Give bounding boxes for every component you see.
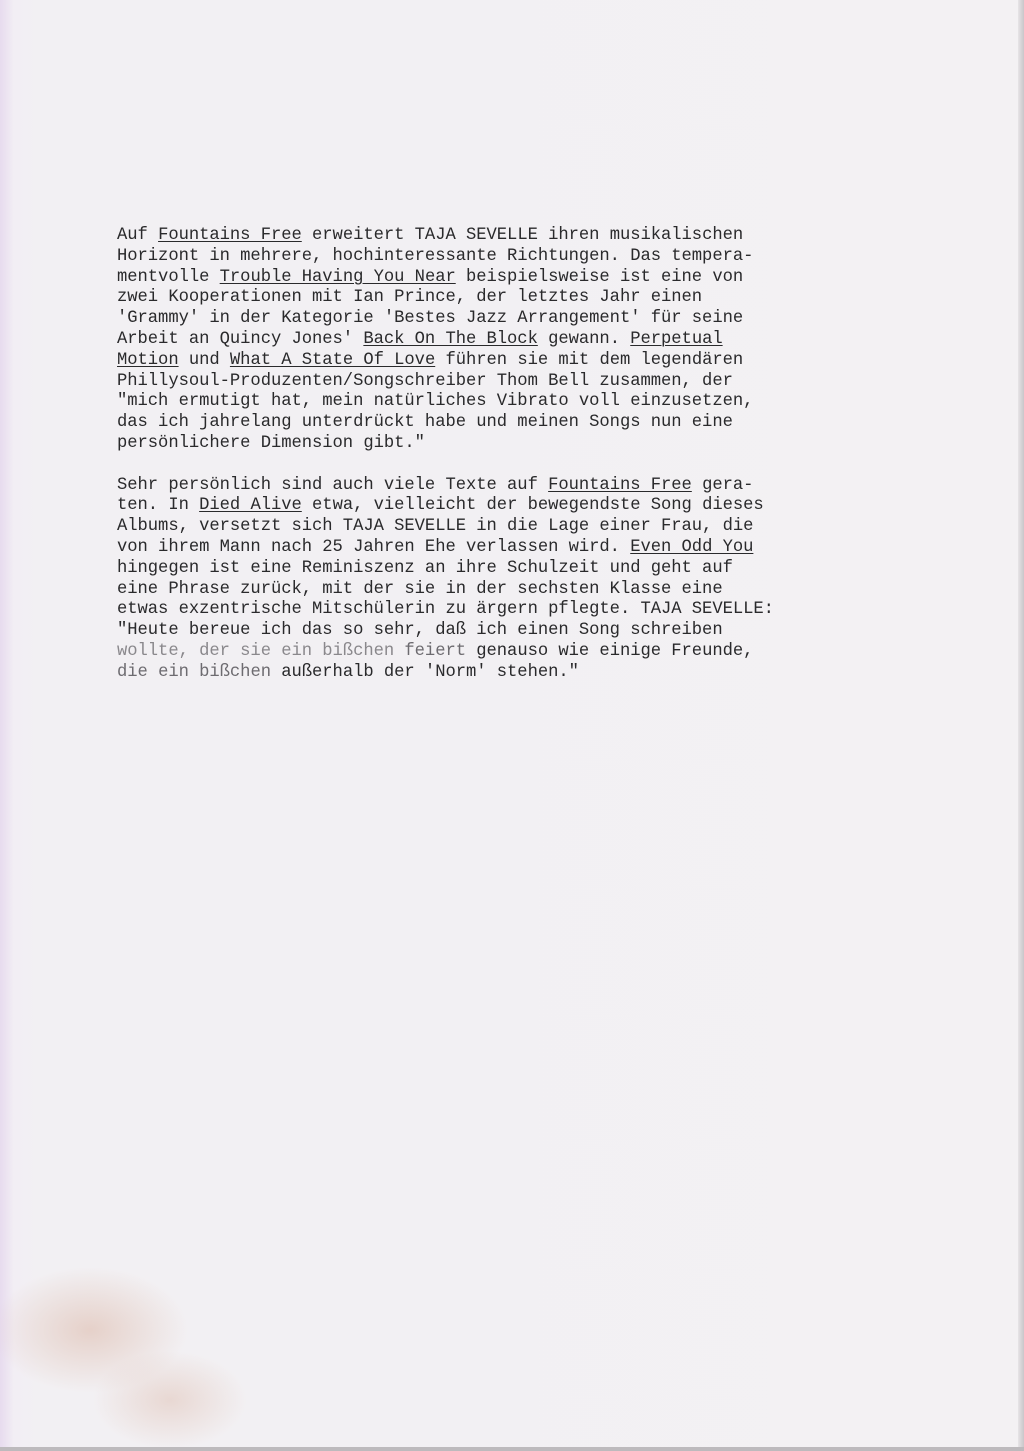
text-run: etwa, vielleicht der bewegendste Song di… (302, 496, 764, 515)
song-title: Trouble Having You Near (220, 268, 456, 287)
scanned-page: Auf Fountains Free erweitert TAJA SEVELL… (0, 0, 1024, 1451)
text-run: 'Grammy' in der Kategorie 'Bestes Jazz A… (117, 309, 743, 328)
text-run: Horizont in mehrere, hochinteressante Ri… (117, 247, 753, 266)
paragraph: Sehr persönlich sind auch viele Texte au… (117, 476, 817, 684)
text-run: zwei Kooperationen mit Ian Prince, der l… (117, 288, 702, 307)
song-title: Fountains Free (158, 226, 302, 245)
text-run: ten. In (117, 496, 199, 515)
text-run: Albums, versetzt sich TAJA SEVELLE in di… (117, 517, 753, 536)
text-run: erweitert TAJA SEVELLE ihren musikalisch… (302, 226, 743, 245)
song-title: Back On The Block (363, 330, 538, 349)
text-line: Arbeit an Quincy Jones' Back On The Bloc… (117, 330, 817, 351)
text-run: führen sie mit dem legendären (435, 351, 743, 370)
text-run: Auf (117, 226, 158, 245)
text-run: etwas exzentrische Mitschülerin zu ärger… (117, 600, 774, 619)
paragraph: Auf Fountains Free erweitert TAJA SEVELL… (117, 226, 817, 455)
text-line: Auf Fountains Free erweitert TAJA SEVELL… (117, 226, 817, 247)
text-line: hingegen ist eine Reminiszenz an ihre Sc… (117, 559, 817, 580)
text-line: Albums, versetzt sich TAJA SEVELLE in di… (117, 517, 817, 538)
song-title: What A State Of Love (230, 351, 435, 370)
song-title: Fountains Free (548, 476, 692, 495)
text-run: von ihrem Mann nach 25 Jahren Ehe verlas… (117, 538, 630, 557)
text-line: etwas exzentrische Mitschülerin zu ärger… (117, 600, 817, 621)
text-run: das ich jahrelang unterdrückt habe und m… (117, 413, 733, 432)
text-run: wollte, der sie ein bißchen (117, 642, 394, 661)
text-run: Phillysoul-Produzenten/Songschreiber Tho… (117, 372, 733, 391)
text-line: Horizont in mehrere, hochinteressante Ri… (117, 247, 817, 268)
text-line: zwei Kooperationen mit Ian Prince, der l… (117, 288, 817, 309)
song-title: Motion (117, 351, 179, 370)
text-run: "mich ermutigt hat, mein natürliches Vib… (117, 392, 753, 411)
text-line: Sehr persönlich sind auch viele Texte au… (117, 476, 817, 497)
text-line: mentvolle Trouble Having You Near beispi… (117, 268, 817, 289)
song-title: Perpetual (630, 330, 722, 349)
text-line: die ein bißchen außerhalb der 'Norm' ste… (117, 663, 817, 684)
text-line: von ihrem Mann nach 25 Jahren Ehe verlas… (117, 538, 817, 559)
text-run: gera- (692, 476, 754, 495)
text-run: ein bißchen (158, 663, 271, 682)
text-run: gewann. (538, 330, 630, 349)
page-edge-shadow (1018, 0, 1024, 1451)
text-run: "Heute bereue ich das so sehr, daß ich e… (117, 621, 723, 640)
text-line: ten. In Died Alive etwa, vielleicht der … (117, 496, 817, 517)
text-run: und (179, 351, 230, 370)
text-run: außerhalb der 'Norm' stehen." (271, 663, 579, 682)
text-run: genauso wie einige Freunde, (466, 642, 753, 661)
text-line: Phillysoul-Produzenten/Songschreiber Tho… (117, 372, 817, 393)
text-line: 'Grammy' in der Kategorie 'Bestes Jazz A… (117, 309, 817, 330)
text-line: eine Phrase zurück, mit der sie in der s… (117, 580, 817, 601)
text-run: Arbeit an Quincy Jones' (117, 330, 363, 349)
text-run: eine Phrase zurück, mit der sie in der s… (117, 580, 723, 599)
text-run: Sehr persönlich sind auch viele Texte au… (117, 476, 548, 495)
song-title: Even Odd You (630, 538, 753, 557)
page-edge-bottom (0, 1447, 1024, 1451)
text-run: hingegen ist eine Reminiszenz an ihre Sc… (117, 559, 733, 578)
document-body: Auf Fountains Free erweitert TAJA SEVELL… (117, 226, 817, 704)
text-line: "Heute bereue ich das so sehr, daß ich e… (117, 621, 817, 642)
text-run: feiert (394, 642, 466, 661)
text-line: das ich jahrelang unterdrückt habe und m… (117, 413, 817, 434)
text-run: beispielsweise ist eine von (456, 268, 743, 287)
text-line: "mich ermutigt hat, mein natürliches Vib… (117, 392, 817, 413)
text-line: Motion und What A State Of Love führen s… (117, 351, 817, 372)
song-title: Died Alive (199, 496, 302, 515)
text-line: persönlichere Dimension gibt." (117, 434, 817, 455)
text-run: die (117, 663, 158, 682)
text-run: persönlichere Dimension gibt." (117, 434, 425, 453)
text-run: mentvolle (117, 268, 220, 287)
text-line: wollte, der sie ein bißchen feiert genau… (117, 642, 817, 663)
